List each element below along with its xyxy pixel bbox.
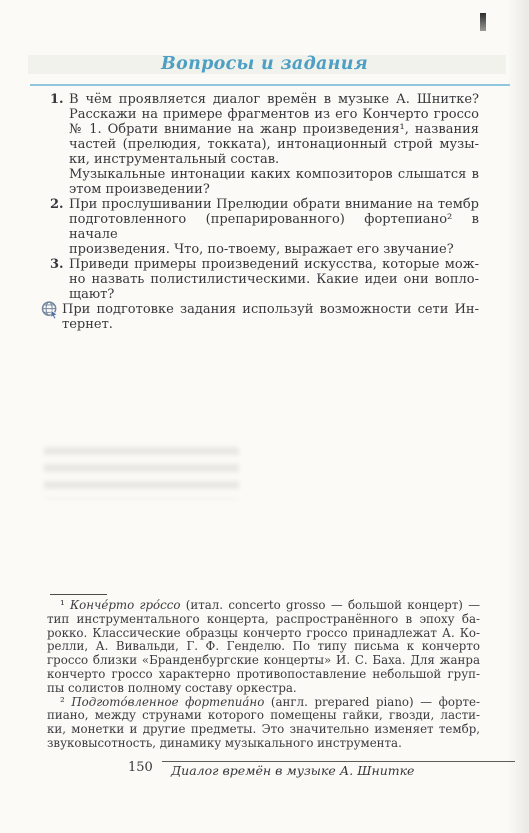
text-line: гроссо близки «Бранденбургские концерты»…: [47, 654, 480, 668]
footnote-term: Конче́рто гро́ссо: [70, 598, 180, 612]
question-number: 3.: [50, 257, 69, 302]
text-line: рокко. Классические образцы кончерто гро…: [47, 627, 480, 641]
footnotes: ¹ Конче́рто гро́ссо (итал. concerto gros…: [47, 599, 480, 751]
text-line: пиано, между струнами которого помещены …: [47, 709, 480, 723]
footnote: ¹ Конче́рто гро́ссо (итал. concerto gros…: [47, 599, 480, 696]
page-content: 1.В чём проявляется диалог времён в музы…: [50, 92, 479, 332]
question-item: 1.В чём проявляется диалог времён в музы…: [50, 92, 479, 197]
page-edge-shadow: [507, 0, 529, 833]
footnote-marker: ¹: [60, 598, 65, 612]
page-number: 150: [128, 755, 162, 778]
running-title: Диалог времён в музыке А. Шнитке: [162, 761, 515, 778]
globe-cursor-icon: [41, 300, 59, 320]
footnote-first-line: ² Подгото́вленное фортепиа́но (англ. pre…: [47, 696, 480, 710]
question-text: Приведи примеры произведений искусства, …: [69, 257, 479, 302]
page-showthrough: [44, 447, 239, 499]
text-line: произведения. Что, по-твоему, выражает е…: [69, 242, 479, 257]
questions-list: 1.В чём проявляется диалог времён в музы…: [50, 92, 479, 302]
text-line: тип инструментального концерта, распрост…: [47, 613, 480, 627]
page-footer: 150 Диалог времён в музыке А. Шнитке: [0, 755, 529, 778]
footnote-marker: ²: [60, 695, 65, 709]
text-line: Приведи примеры произведений искусства, …: [69, 257, 479, 272]
footnote-first-line: ¹ Конче́рто гро́ссо (итал. concerto gros…: [47, 599, 480, 613]
internet-note: При подготовке задания используй возможн…: [41, 302, 479, 332]
text-line: ки, инструментальный состав.: [69, 152, 479, 167]
internet-note-text: При подготовке задания используй возможн…: [62, 302, 479, 332]
text-line: релли, А. Вивальди, Г. Ф. Генделю. По ти…: [47, 640, 480, 654]
text-line: частей (прелюдия, токката), интонационны…: [69, 137, 479, 152]
page-edge-mark: [480, 13, 486, 31]
question-number: 2.: [50, 197, 69, 257]
text-line: Музыкальные интонации каких композиторов…: [69, 167, 479, 182]
text-line: Расскажи на примере фрагментов из его Ко…: [69, 107, 479, 122]
question-number: 1.: [50, 92, 69, 197]
footnote: ² Подгото́вленное фортепиа́но (англ. pre…: [47, 696, 480, 751]
footnote-separator: [50, 594, 107, 595]
question-text: В чём проявляется диалог времён в музыке…: [69, 92, 479, 197]
question-item: 2.При прослушивании Прелюдии обрати вним…: [50, 197, 479, 257]
footnote-term: Подгото́вленное фортепиа́но: [71, 695, 264, 709]
text-line: звуковысотность, динамику музыкального и…: [47, 737, 480, 751]
text-line: При прослушивании Прелюдии обрати вниман…: [69, 197, 479, 212]
text-line: подготовленного (препарированного) форте…: [69, 212, 479, 242]
question-item: 3.Приведи примеры произведений искусства…: [50, 257, 479, 302]
text-line: этом произведении?: [69, 182, 479, 197]
question-text: При прослушивании Прелюдии обрати вниман…: [69, 197, 479, 257]
text-line: В чём проявляется диалог времён в музыке…: [69, 92, 479, 107]
text-line: кончерто гроссо характерно противопостав…: [47, 668, 480, 682]
text-line: При подготовке задания используй возможн…: [62, 302, 479, 317]
text-line: № 1. Обрати внимание на жанр произведени…: [69, 122, 479, 137]
text-line: щают?: [69, 287, 479, 302]
text-line: тернет.: [62, 317, 479, 332]
header-rule: [30, 84, 510, 86]
text-line: но назвать полистилистическими. Какие ид…: [69, 272, 479, 287]
text-line: ки, монетки и другие предметы. Это значи…: [47, 723, 480, 737]
book-page: Вопросы и задания 1.В чём проявляется ди…: [0, 0, 529, 833]
text-line: пы солистов полному составу оркестра.: [47, 682, 480, 696]
section-title: Вопросы и задания: [0, 53, 529, 75]
